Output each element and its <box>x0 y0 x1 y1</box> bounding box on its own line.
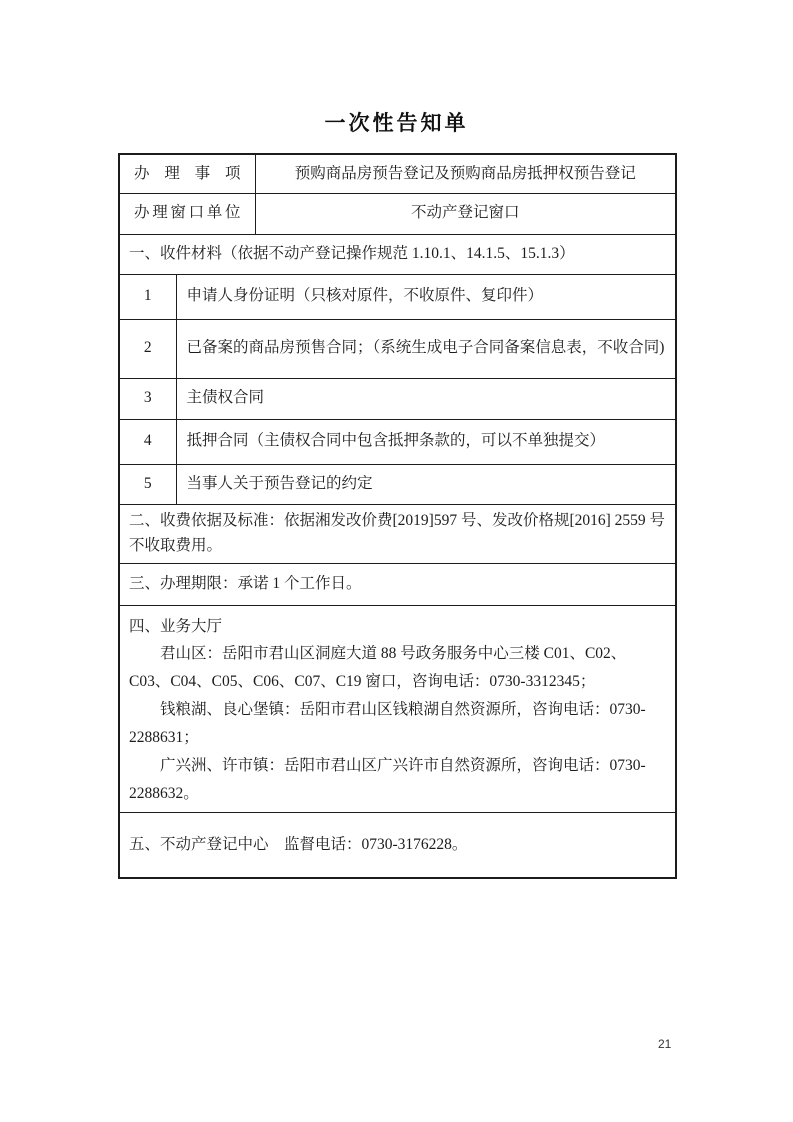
document-page: 一次性告知单 办理事项 预购商品房预告登记及预购商品房抵押权预告登记 办理窗口单… <box>0 0 793 1122</box>
section3-row: 三、办理期限：承诺 1 个工作日。 <box>119 563 676 605</box>
section5-text: 五、不动产登记中心 监督电话：0730-3176228。 <box>119 812 676 878</box>
section4-paragraph-junshan: 君山区：岳阳市君山区洞庭大道 88 号政务服务中心三楼 C01、C02、C03、… <box>129 640 667 696</box>
section4-cell: 四、业务大厅 君山区：岳阳市君山区洞庭大道 88 号政务服务中心三楼 C01、C… <box>119 605 676 812</box>
material-text-3: 主债权合同 <box>176 378 676 419</box>
material-no-4: 4 <box>119 419 176 464</box>
material-text-5: 当事人关于预告登记的约定 <box>176 464 676 504</box>
material-text-1: 申请人身份证明（只核对原件，不收原件、复印件） <box>176 274 676 319</box>
matter-label: 办理事项 <box>119 154 255 193</box>
header-row-window: 办理窗口单位 不动产登记窗口 <box>119 193 676 234</box>
section5-row: 五、不动产登记中心 监督电话：0730-3176228。 <box>119 812 676 878</box>
material-no-2: 2 <box>119 319 176 378</box>
window-label: 办理窗口单位 <box>119 193 255 234</box>
material-row-1: 1 申请人身份证明（只核对原件，不收原件、复印件） <box>119 274 676 319</box>
material-text-4: 抵押合同（主债权合同中包含抵押条款的，可以不单独提交） <box>176 419 676 464</box>
material-no-5: 5 <box>119 464 176 504</box>
material-no-3: 3 <box>119 378 176 419</box>
section1-heading: 一、收件材料（依据不动产登记操作规范 1.10.1、14.1.5、15.1.3） <box>119 234 676 274</box>
section4-paragraph-guangxingzhou: 广兴洲、许市镇：岳阳市君山区广兴许市自然资源所，咨询电话：0730-228863… <box>129 752 667 808</box>
page-number: 21 <box>658 1037 671 1051</box>
material-row-4: 4 抵押合同（主债权合同中包含抵押条款的，可以不单独提交） <box>119 419 676 464</box>
section4-heading: 四、业务大厅 <box>129 613 667 641</box>
doc-title: 一次性告知单 <box>0 107 793 137</box>
material-row-5: 5 当事人关于预告登记的约定 <box>119 464 676 504</box>
section4-paragraph-qianlianghu: 钱粮湖、良心堡镇：岳阳市君山区钱粮湖自然资源所，咨询电话：0730-228863… <box>129 696 667 752</box>
matter-value: 预购商品房预告登记及预购商品房抵押权预告登记 <box>255 154 676 193</box>
material-row-2: 2 已备案的商品房预售合同；（系统生成电子合同备案信息表，不收合同) <box>119 319 676 378</box>
notice-table: 办理事项 预购商品房预告登记及预购商品房抵押权预告登记 办理窗口单位 不动产登记… <box>118 153 677 879</box>
window-value: 不动产登记窗口 <box>255 193 676 234</box>
section2-text: 二、收费依据及标准：依据湘发改价费[2019]597 号、发改价格规[2016]… <box>119 504 676 563</box>
section4-row: 四、业务大厅 君山区：岳阳市君山区洞庭大道 88 号政务服务中心三楼 C01、C… <box>119 605 676 812</box>
section1-heading-row: 一、收件材料（依据不动产登记操作规范 1.10.1、14.1.5、15.1.3） <box>119 234 676 274</box>
material-row-3: 3 主债权合同 <box>119 378 676 419</box>
header-row-matter: 办理事项 预购商品房预告登记及预购商品房抵押权预告登记 <box>119 154 676 193</box>
material-no-1: 1 <box>119 274 176 319</box>
material-text-2: 已备案的商品房预售合同；（系统生成电子合同备案信息表，不收合同) <box>176 319 676 378</box>
section3-text: 三、办理期限：承诺 1 个工作日。 <box>119 563 676 605</box>
section2-row: 二、收费依据及标准：依据湘发改价费[2019]597 号、发改价格规[2016]… <box>119 504 676 563</box>
